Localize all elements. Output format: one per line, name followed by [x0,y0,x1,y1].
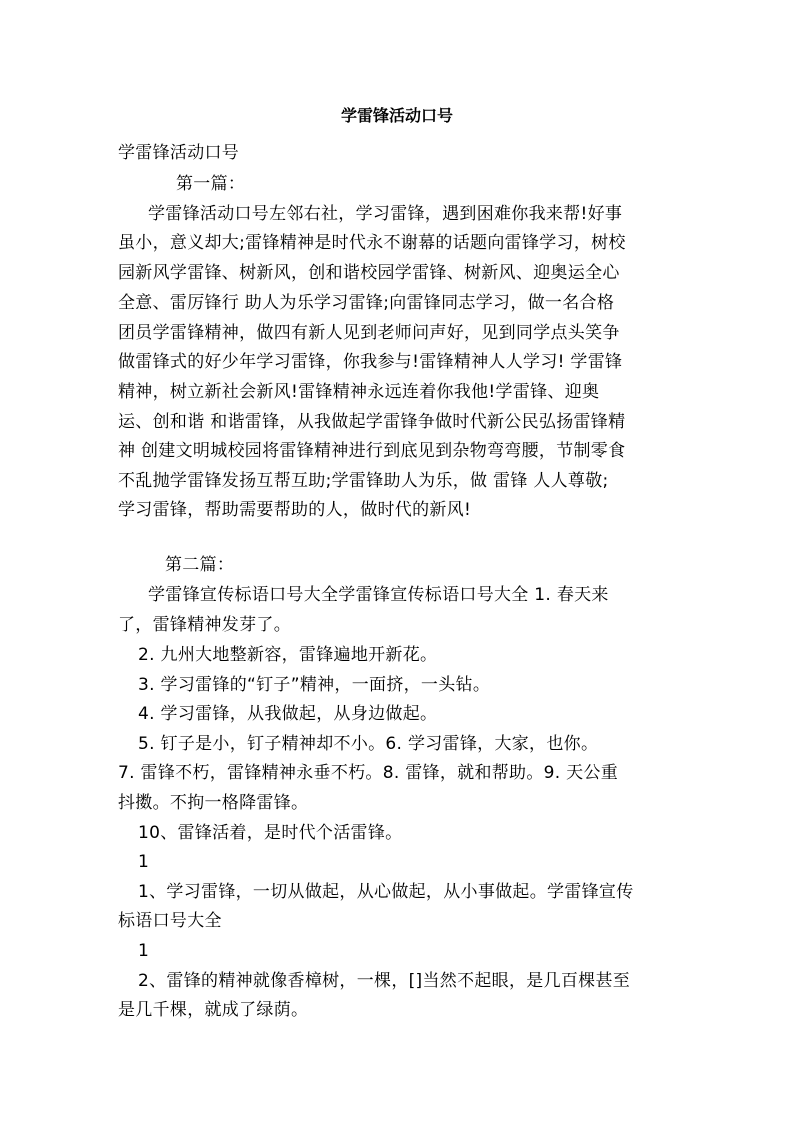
text-line: 1、学习雷锋，一切从做起，从心做起，从小事做起。学雷锋宣传 [138,880,708,904]
text-line: 1 [138,850,708,874]
text-line: 神 创建文明城校园将雷锋精神进行到底见到杂物弯弯腰，节制零食 [118,439,688,463]
text-line: 虽小，意义却大;雷锋精神是时代永不谢幕的话题向雷锋学习，树校 [118,231,688,255]
text-line: 抖擞。不拘一格降雷锋。 [118,791,688,815]
text-line: 是几千棵，就成了绿荫。 [118,998,688,1022]
text-line: 全意、雷厉锋行 助人为乐学习雷锋;向雷锋同志学习，做一名合格 [118,291,688,315]
text-line: 10、雷锋活着，是时代个活雷锋。 [138,821,708,845]
text-line: 做雷锋式的好少年学习雷锋，你我参与!雷锋精神人人学习! 学雷锋 [118,350,688,374]
text-line: 4. 学习雷锋，从我做起，从身边做起。 [138,702,708,726]
text-line: 园新风学雷锋、树新风，创和谐校园学雷锋、树新风、迎奥运全心 [118,261,688,285]
text-line: 运、创和谐 和谐雷锋，从我做起学雷锋争做时代新公民弘扬雷锋精 [118,410,688,434]
text-line: 3. 学习雷锋的“钉子”精神，一面挤，一头钻。 [138,673,708,697]
text-line: 1 [138,939,708,963]
text-line: 团员学雷锋精神，做四有新人见到老师问声好，见到同学点头笑争 [118,321,688,345]
text-line: 2、雷锋的精神就像香樟树，一棵，[]当然不起眼，是几百棵甚至 [138,969,708,993]
text-line: 标语口号大全 [118,909,688,933]
text-line: 学雷锋活动口号 [118,141,688,165]
text-line: 2. 九州大地整新容，雷锋遍地开新花。 [138,643,708,667]
document-title: 学雷锋活动口号 [0,104,794,128]
text-line: 学雷锋宣传标语口号大全学雷锋宣传标语口号大全 1. 春天来 [148,583,718,607]
text-line: 学雷锋活动口号左邻右社，学习雷锋，遇到困难你我来帮!好事 [148,202,718,226]
text-line: 第一篇： [176,172,746,196]
text-line: 精神，树立新社会新风!雷锋精神永远连着你我他!学雷锋、迎奥 [118,380,688,404]
text-line: 7. 雷锋不朽，雷锋精神永垂不朽。8. 雷锋，就和帮助。9. 天公重 [118,761,688,785]
text-line: 不乱抛学雷锋发扬互帮互助;学雷锋助人为乐，做 雷锋 人人尊敬; [118,469,688,493]
text-line: 5. 钉子是小，钉子精神却不小。6. 学习雷锋，大家，也你。 [138,732,708,756]
text-line: 第二篇： [165,553,735,577]
text-line: 学习雷锋，帮助需要帮助的人，做时代的新风! [118,498,688,522]
text-line: 了，雷锋精神发芽了。 [118,613,688,637]
